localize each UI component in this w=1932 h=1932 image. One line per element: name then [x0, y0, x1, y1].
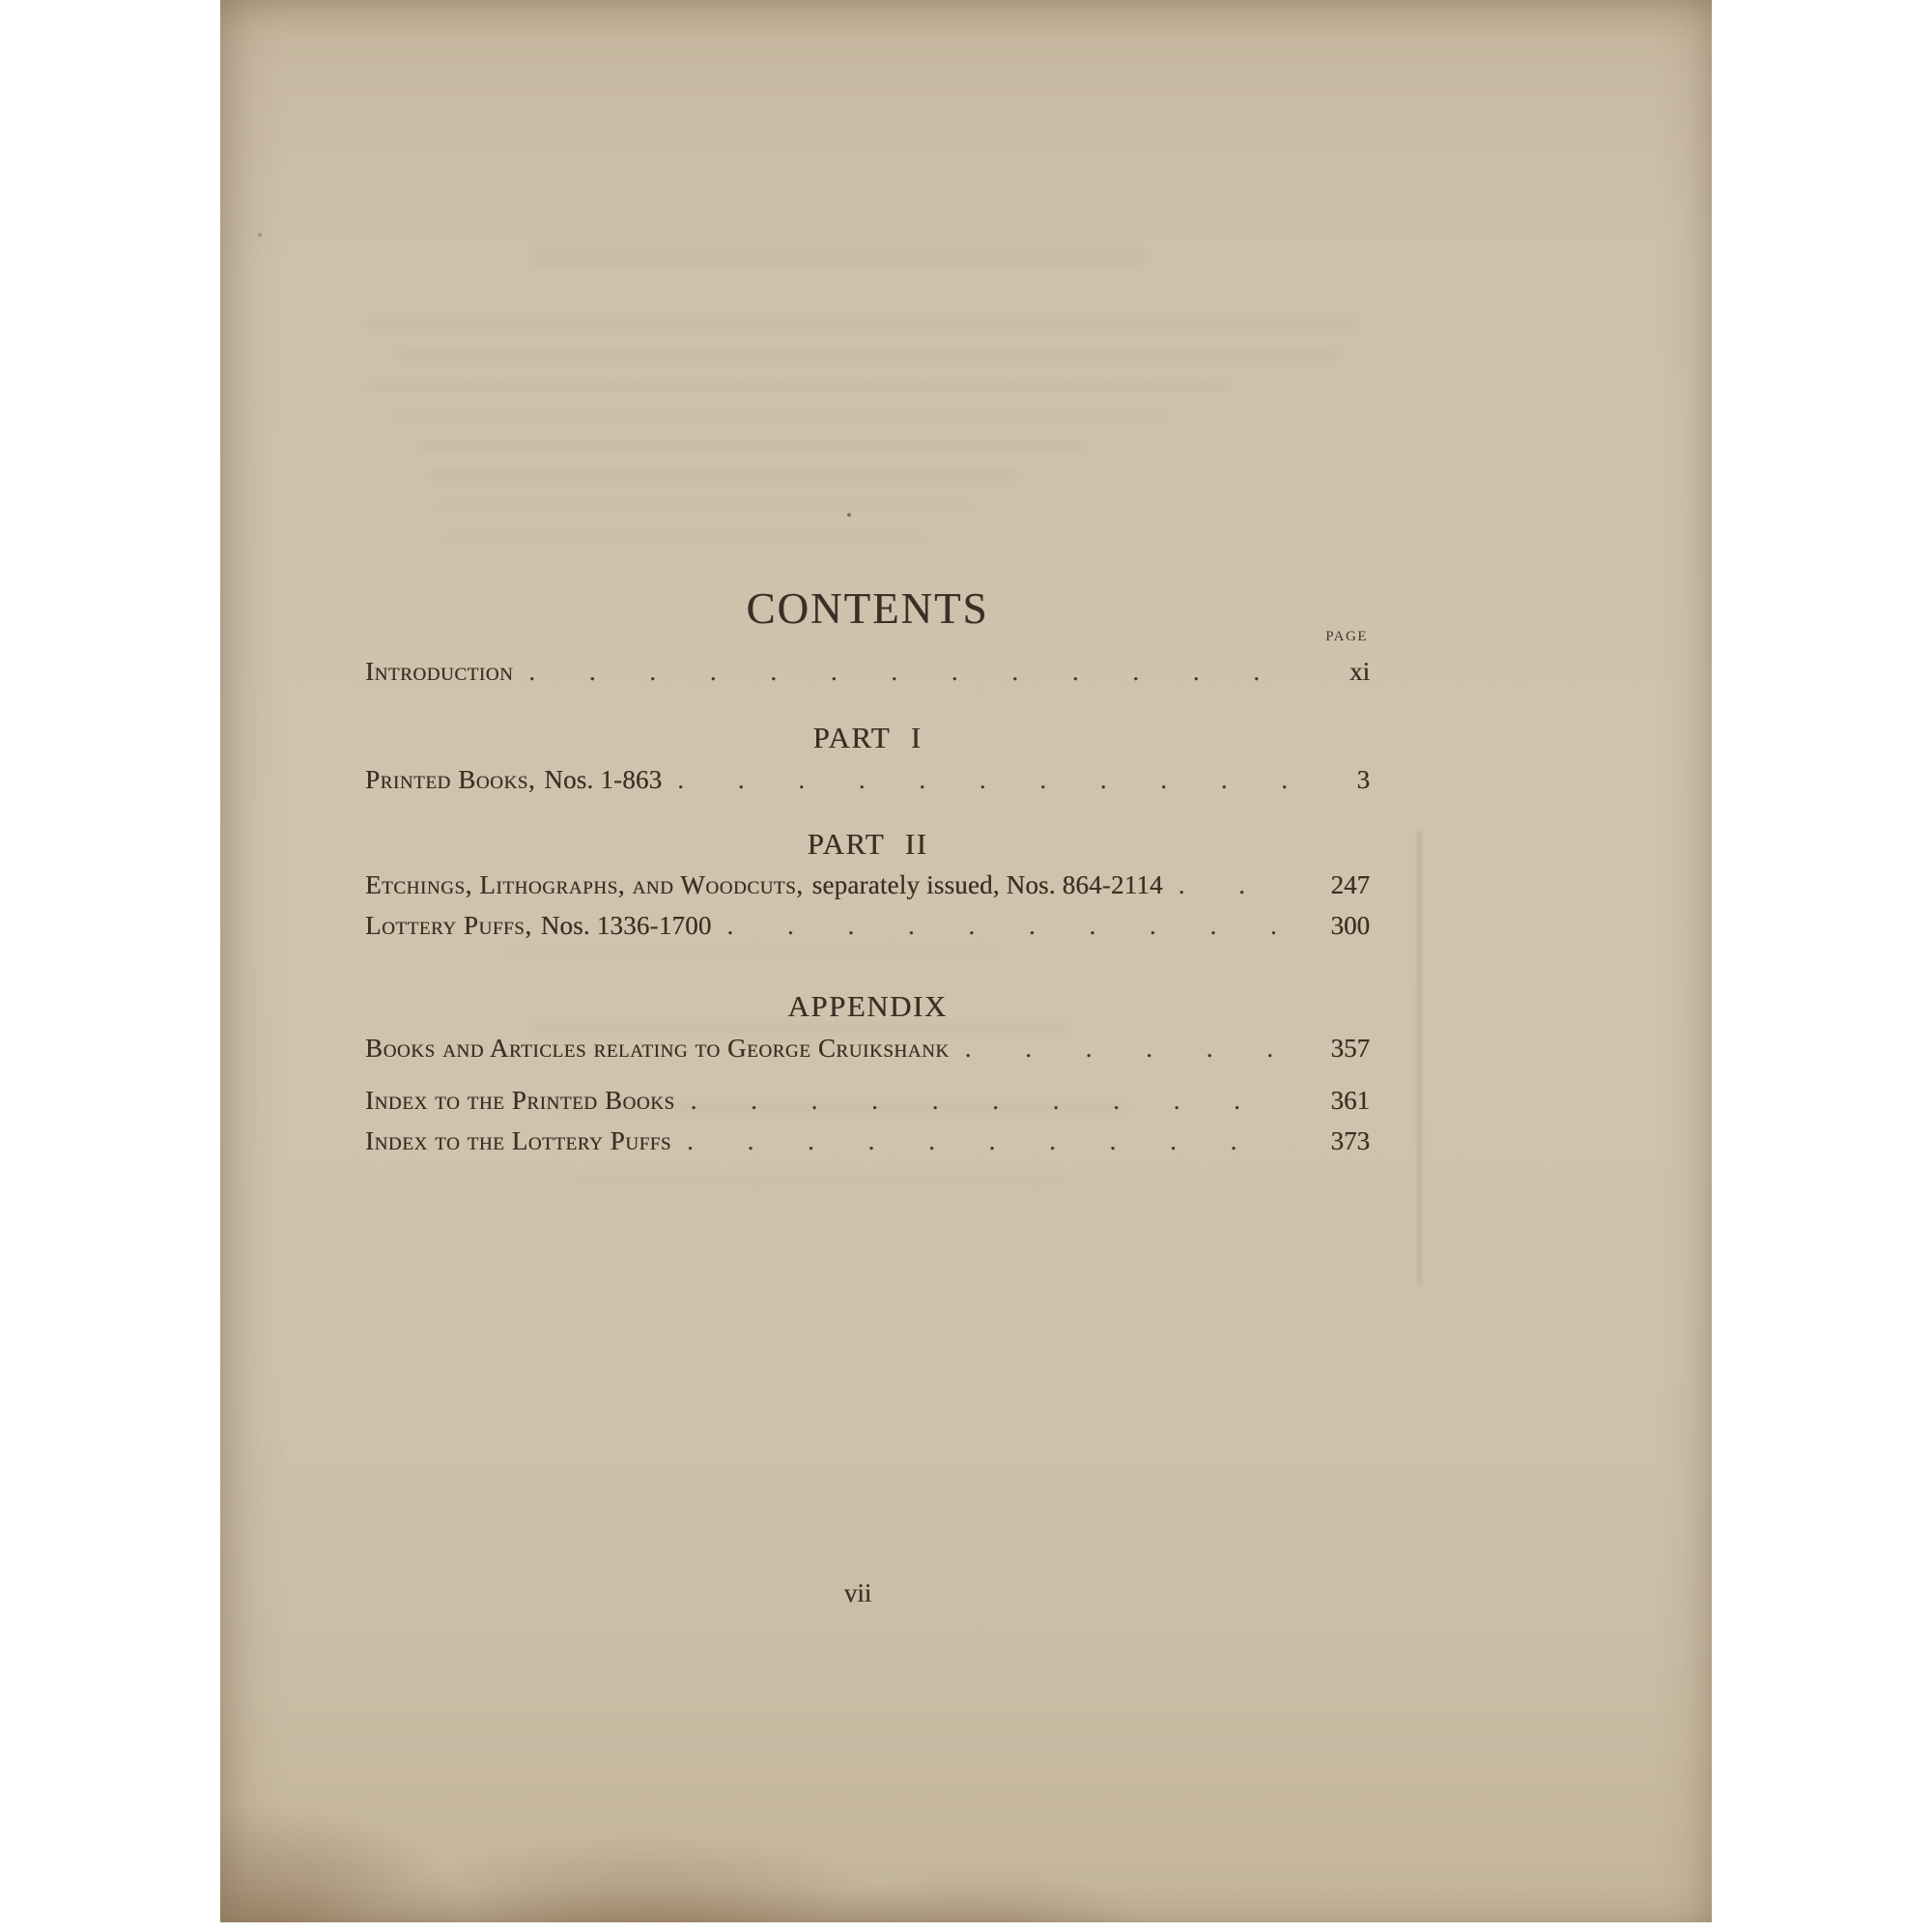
toc-entry-lottery-puffs: Lottery Puffs,Nos. 1336-1700 ...........… — [365, 911, 1370, 941]
entry-label: Index to the Printed Books — [365, 1086, 675, 1116]
entry-label-detail: Nos. 1336-1700 — [541, 911, 712, 941]
section-heading-appendix: APPENDIX — [365, 989, 1370, 1024]
leader-dots: .............................. — [691, 1087, 1293, 1116]
entry-page-number: 3 — [1300, 765, 1370, 795]
entry-label: Books and Articles relating to George Cr… — [365, 1034, 950, 1064]
leader-dots: .............................. — [727, 912, 1293, 941]
entry-label: Introduction — [365, 657, 513, 687]
entry-page-number: 357 — [1300, 1034, 1370, 1064]
leader-dots: .............................. — [677, 766, 1293, 795]
entry-page-number: 247 — [1300, 870, 1370, 900]
section-heading-part-1: PART I — [365, 721, 1370, 755]
toc-entry-introduction: Introduction ...........................… — [365, 657, 1370, 687]
section-heading-part-2: PART II — [365, 827, 1370, 862]
entry-page-number: 373 — [1300, 1126, 1370, 1156]
leader-dots: .............................. — [1179, 871, 1293, 900]
toc-entry-printed-books: Printed Books,Nos. 1-863 ...............… — [365, 765, 1370, 795]
entry-label: Lottery Puffs, — [365, 911, 532, 941]
toc-entry-index-printed-books: Index to the Printed Books .............… — [365, 1086, 1370, 1116]
dust-speck — [258, 233, 262, 237]
leader-dots: .............................. — [965, 1035, 1293, 1064]
entry-label-detail: Nos. 1-863 — [544, 765, 662, 795]
entry-page-number: 361 — [1300, 1086, 1370, 1116]
page-title: CONTENTS — [365, 583, 1370, 634]
leader-dots: .............................. — [528, 658, 1293, 687]
entry-page-number: xi — [1300, 657, 1370, 687]
water-stains — [220, 1517, 1712, 1922]
entry-label-detail: separately issued, Nos. 864-2114 — [812, 870, 1163, 900]
toc-entry-books-articles: Books and Articles relating to George Cr… — [365, 1034, 1370, 1064]
entry-label: Printed Books, — [365, 765, 535, 795]
entry-page-number: 300 — [1300, 911, 1370, 941]
book-page: CONTENTS PAGE Introduction .............… — [220, 0, 1712, 1922]
entry-label: Etchings, Lithographs, and Woodcuts, — [365, 870, 804, 900]
toc-entry-index-lottery-puffs: Index to the Lottery Puffs .............… — [365, 1126, 1370, 1156]
toc-entry-etchings: Etchings, Lithographs, and Woodcuts,sepa… — [365, 870, 1370, 900]
leader-dots: .............................. — [687, 1127, 1293, 1156]
page-crease — [1418, 831, 1421, 1285]
entry-label: Index to the Lottery Puffs — [365, 1126, 671, 1156]
page-column-header: PAGE — [1325, 629, 1368, 645]
dust-speck — [847, 513, 851, 517]
